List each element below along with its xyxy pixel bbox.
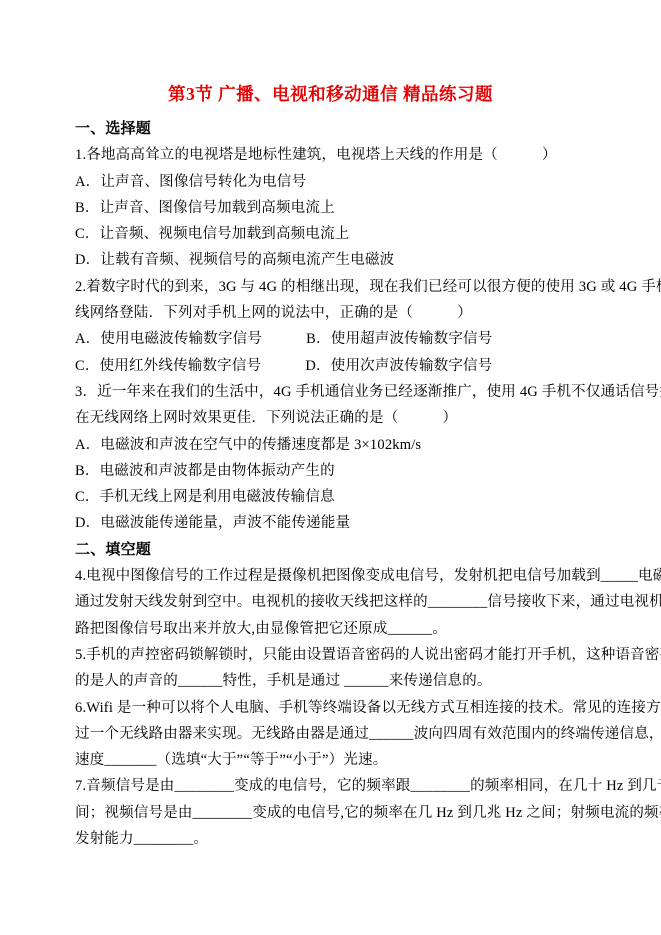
document-body: 一、选择题 1.各地高高耸立的电视塔是地标性建筑，电视塔上天线的作用是（ ） A… bbox=[75, 116, 615, 852]
document-line: B．让声音、图像信号加载到高频电流上 bbox=[75, 195, 615, 221]
document-line: C．使用红外线传输数字信号 D．使用次声波传输数字信号 bbox=[75, 353, 615, 379]
document-line: C．让音频、视频电信号加载到高频电流上 bbox=[75, 221, 615, 247]
document-line: B．电磁波和声波都是由物体振动产生的 bbox=[75, 458, 615, 484]
document-line: 过一个无线路由器来实现。无线路由器是通过______波向四周有效范围内的终端传递… bbox=[75, 721, 615, 747]
document-title: 第3节 广播、电视和移动通信 精品练习题 bbox=[0, 82, 661, 106]
document-page: 第3节 广播、电视和移动通信 精品练习题 一、选择题 1.各地高高耸立的电视塔是… bbox=[0, 0, 661, 935]
document-line: 一、选择题 bbox=[75, 116, 615, 142]
document-line: 通过发射天线发射到空中。电视机的接收天线把这样的________信号接收下来，通… bbox=[75, 589, 615, 615]
document-line: D．让载有音频、视频信号的高频电流产生电磁波 bbox=[75, 247, 615, 273]
document-line: 速度_______（选填“大于”“等于”“小于”）光速。 bbox=[75, 747, 615, 773]
document-line: 间；视频信号是由________变成的电信号,它的频率在几 Hz 到几兆 Hz … bbox=[75, 800, 615, 826]
document-line: 线网络登陆．下列对手机上网的说法中，正确的是（ ） bbox=[75, 300, 615, 326]
document-line: 3．近一年来在我们的生活中，4G 手机通信业务已经逐渐推广，使用 4G 手机不仅… bbox=[75, 379, 615, 405]
document-line: 路把图像信号取出来并放大,由显像管把它还原成______。 bbox=[75, 616, 615, 642]
document-line: 发射能力________。 bbox=[75, 826, 615, 852]
document-line: D．电磁波能传递能量，声波不能传递能量 bbox=[75, 510, 615, 536]
document-line: 7.音频信号是由________变成的电信号，它的频率跟________的频率相… bbox=[75, 773, 615, 799]
document-line: 在无线网络上网时效果更佳．下列说法正确的是（ ） bbox=[75, 405, 615, 431]
document-line: A．电磁波和声波在空气中的传播速度都是 3×102km/s bbox=[75, 432, 615, 458]
document-line: 2.着数字时代的到来，3G 与 4G 的相继出现，现在我们已经可以很方便的使用 … bbox=[75, 274, 615, 300]
document-line: 4.电视中图像信号的工作过程是摄像机把图像变成电信号，发射机把电信号加载到___… bbox=[75, 563, 615, 589]
document-line: A．让声音、图像信号转化为电信号 bbox=[75, 169, 615, 195]
document-line: A．使用电磁波传输数字信号 B．使用超声波传输数字信号 bbox=[75, 326, 615, 352]
document-line: 二、填空题 bbox=[75, 537, 615, 563]
document-line: 6.Wifi 是一种可以将个人电脑、手机等终端设备以无线方式互相连接的技术。常见… bbox=[75, 695, 615, 721]
document-line: C．手机无线上网是利用电磁波传输信息 bbox=[75, 484, 615, 510]
document-line: 的是人的声音的______特性，手机是通过 ______来传递信息的。 bbox=[75, 668, 615, 694]
document-line: 1.各地高高耸立的电视塔是地标性建筑，电视塔上天线的作用是（ ） bbox=[75, 142, 615, 168]
document-line: 5.手机的声控密码锁解锁时，只能由设置语音密码的人说出密码才能打开手机，这种语音… bbox=[75, 642, 615, 668]
